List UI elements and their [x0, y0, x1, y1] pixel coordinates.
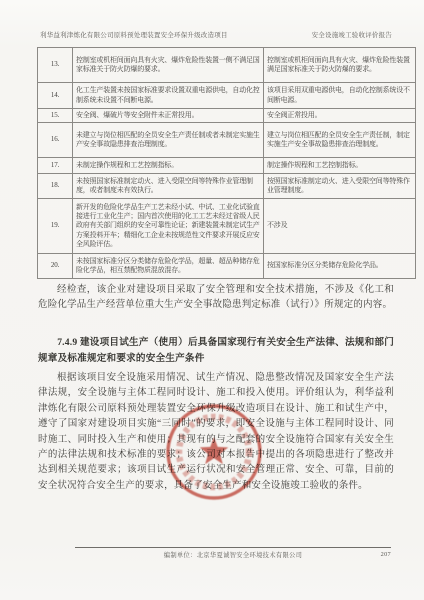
row-number: 20.: [38, 254, 73, 279]
project-status-cell: 安全阀正常投用。: [264, 109, 416, 123]
conclusion-paragraph: 经检查，该企业对建设项目采取了安全管理和安全技术措施，不涉及《化工和危险化学品生…: [38, 283, 394, 314]
table-row: 15. 安全阀、爆破片等安全附件未正常投用。 安全阀正常投用。: [38, 109, 416, 123]
project-status-cell: 不涉及: [264, 199, 416, 254]
hazard-criterion-cell: 未制定操作规程和工艺控制指标。: [73, 158, 264, 174]
footer-publisher: 编制单位：北京华夏诚智安全环境技术有限公司: [75, 550, 355, 559]
header-right-title: 安全设施竣工验收评价报告: [312, 30, 392, 39]
table-row: 19. 新开发的危险化学品生产工艺未经小试、中试、工业化试验直接进行工业化生产；…: [38, 199, 416, 254]
project-status-cell: 按照国家标准制定动火、进入受限空间等特殊作业管理制度。: [264, 174, 416, 199]
page-footer: 编制单位：北京华夏诚智安全环境技术有限公司 207: [75, 550, 391, 559]
hazard-criterion-cell: 化工生产装置未按国家标准要求设置双重电源供电，自动化控制系统未设置不间断电源。: [73, 83, 264, 109]
hazard-criterion-cell: 新开发的危险化学品生产工艺未经小试、中试、工业化试验直接进行工业化生产；国内首次…: [73, 199, 264, 254]
table-row: 14. 化工生产装置未按国家标准要求设置双重电源供电，自动化控制系统未设置不间断…: [38, 83, 416, 109]
table-row: 18. 未按照国家标准制定动火、进入受限空间等特殊作业管理制度，或者制度未有效执…: [38, 174, 416, 199]
footer-divider: [75, 547, 391, 548]
project-status-cell: 按国家标准分区分类储存危险化学品。: [264, 254, 416, 279]
document-page: 利华益利津炼化有限公司原料预处理装置安全环保升级改造项目 安全设施竣工验收评价报…: [0, 0, 424, 600]
page-number: 207: [355, 551, 391, 558]
section-heading-7-4-9: 7.4.9 建设项目试生产（使用）后具备国家现行有关安全生产法律、法规和部门规章…: [38, 335, 394, 366]
hazard-criterion-cell: 未建立与岗位相匹配的全员安全生产责任制或者未制定实施生产安全事故隐患排查治理制度…: [73, 123, 264, 158]
row-number: 17.: [38, 158, 73, 174]
row-number: 18.: [38, 174, 73, 199]
project-status-cell: 控制室或机柜间面向具有火灾、爆炸危险性装置满足国家标准关于防火防爆的要求。: [264, 48, 416, 83]
hazard-criterion-cell: 未按国家标准分区分类储存危险化学品，超量、超品种储存危险化学品，相互禁配物质混放…: [73, 254, 264, 279]
header-left-title: 利华益利津炼化有限公司原料预处理装置安全环保升级改造项目: [40, 30, 228, 39]
project-status-cell: 该项目采用双重电源供电，自动化控制系统设不间断电源。: [264, 83, 416, 109]
page-header: 利华益利津炼化有限公司原料预处理装置安全环保升级改造项目 安全设施竣工验收评价报…: [40, 30, 392, 39]
project-status-cell: 制定操作规程和工艺控制指标。: [264, 158, 416, 174]
hazard-judgment-table: 13. 控制室或机柜间面向具有火灾、爆炸危险性装置一侧不满足国家标准关于防火防爆…: [37, 47, 416, 279]
table-row: 17. 未制定操作规程和工艺控制指标。 制定操作规程和工艺控制指标。: [38, 158, 416, 174]
row-number: 15.: [38, 109, 73, 123]
row-number: 19.: [38, 199, 73, 254]
table-row: 16. 未建立与岗位相匹配的全员安全生产责任制或者未制定实施生产安全事故隐患排查…: [38, 123, 416, 158]
project-status-cell: 建立与岗位相匹配的全员安全生产责任制，制定实施生产安全事故隐患排查治理制度。: [264, 123, 416, 158]
table-row: 20. 未按国家标准分区分类储存危险化学品，超量、超品种储存危险化学品，相互禁配…: [38, 254, 416, 279]
hazard-criterion-cell: 安全阀、爆破片等安全附件未正常投用。: [73, 109, 264, 123]
row-number: 13.: [38, 48, 73, 83]
hazard-criterion-cell: 未按照国家标准制定动火、进入受限空间等特殊作业管理制度，或者制度未有效执行。: [73, 174, 264, 199]
evaluation-paragraph: 根据该项目安全设施采用情况、试生产情况、隐患整改情况及国家安全生产法律法规，安全…: [38, 371, 394, 494]
table-row: 13. 控制室或机柜间面向具有火灾、爆炸危险性装置一侧不满足国家标准关于防火防爆…: [38, 48, 416, 83]
hazard-criterion-cell: 控制室或机柜间面向具有火灾、爆炸危险性装置一侧不满足国家标准关于防火防爆的要求。: [73, 48, 264, 83]
row-number: 16.: [38, 123, 73, 158]
row-number: 14.: [38, 83, 73, 109]
